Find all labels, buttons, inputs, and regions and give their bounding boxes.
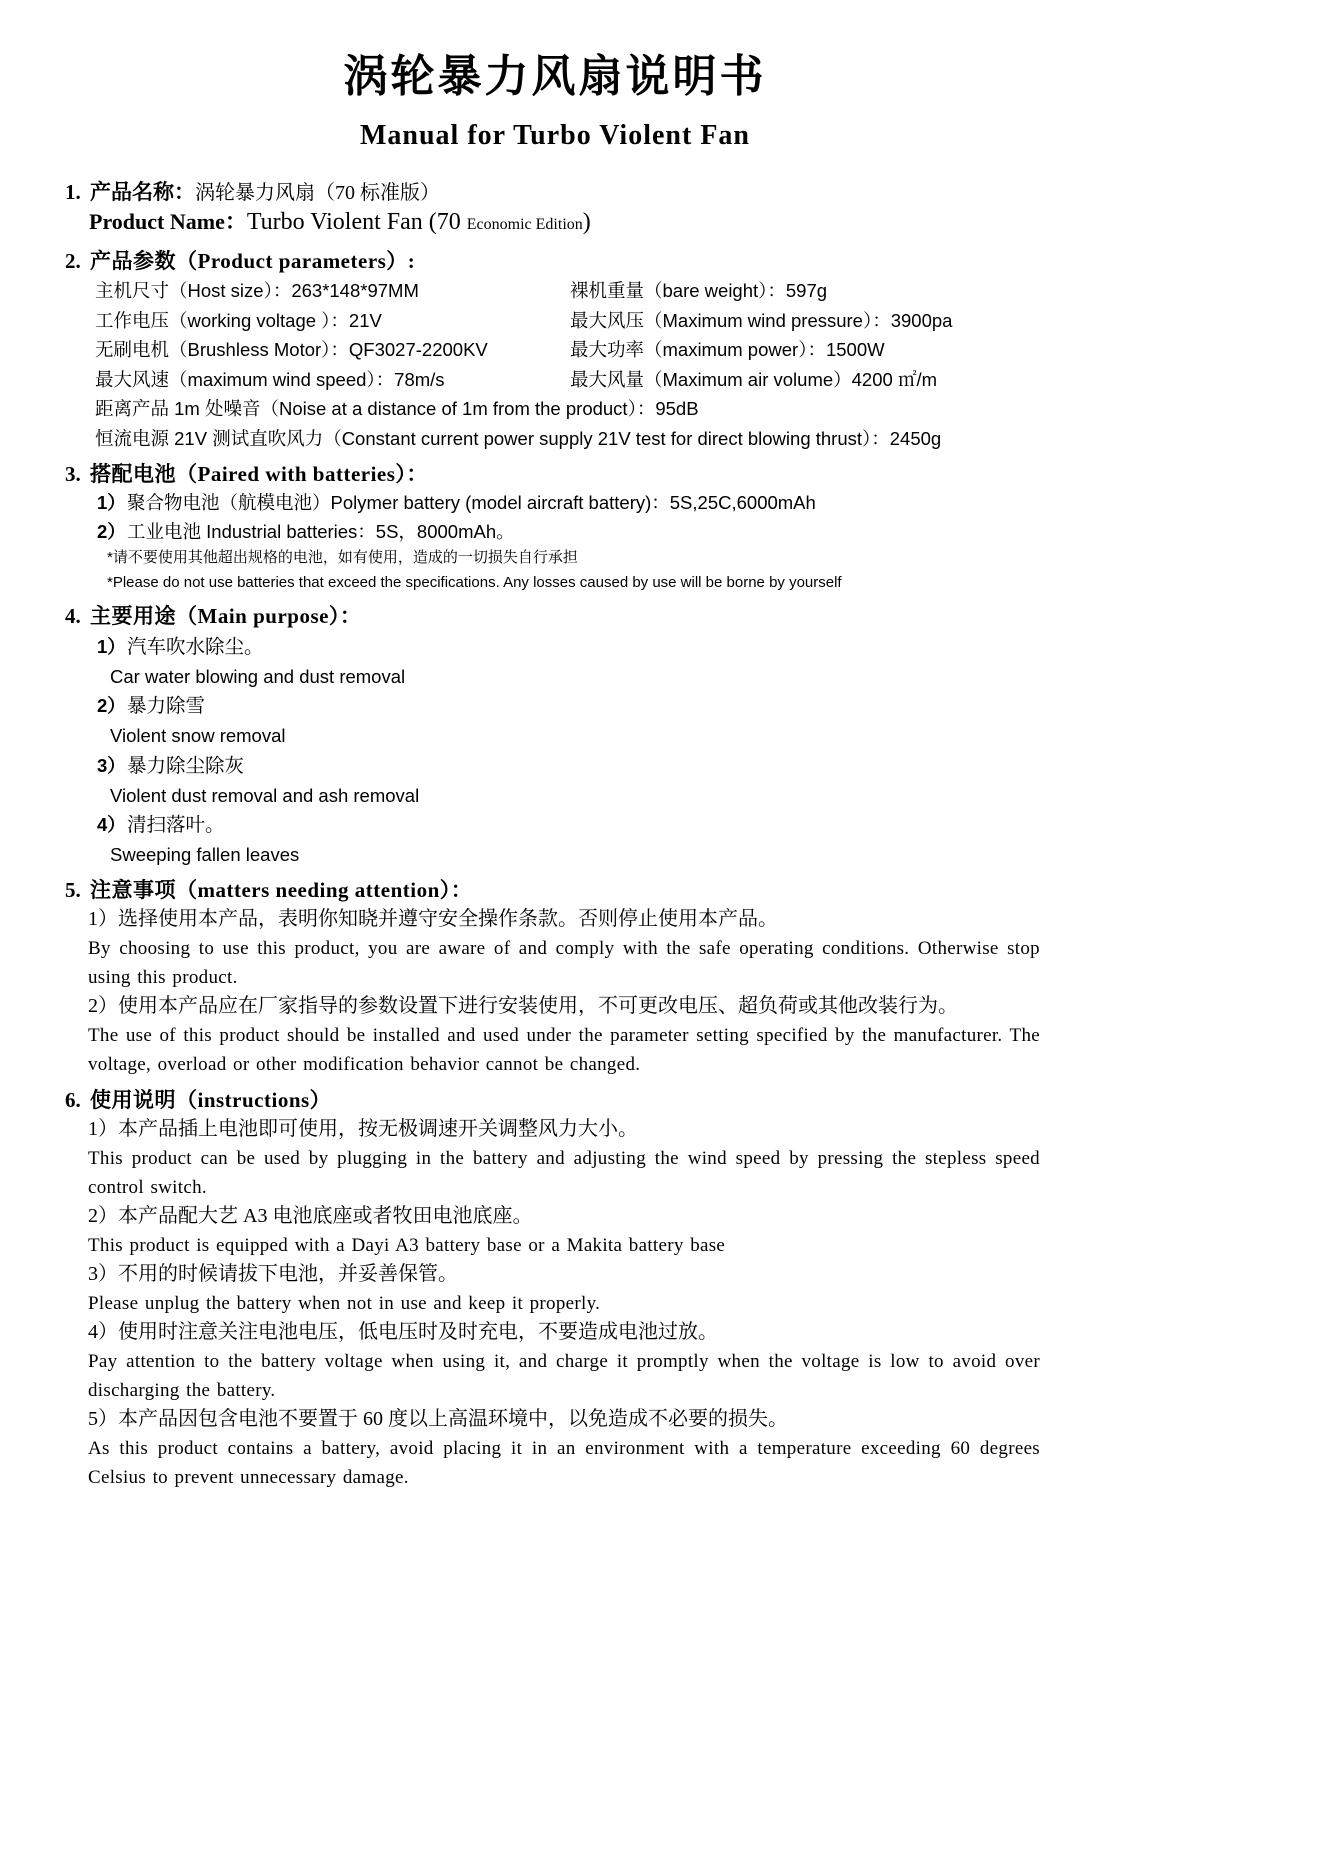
page-subtitle: Manual for Turbo Violent Fan — [0, 120, 1110, 152]
instruction-item-zh: 4）使用时注意关注电池电压，低电压时及时充电，不要造成电池过放。 — [88, 1318, 1110, 1347]
battery-note-zh: *请不要使用其他超出规格的电池，如有使用，造成的一切损失自行承担 — [107, 546, 1110, 571]
purpose-item-text-en: Sweeping fallen leaves — [110, 840, 1110, 869]
product-name-value-en: Turbo Violent Fan (70 — [247, 209, 467, 235]
param-max-air-volume: 最大风量（Maximum air volume）4200 ㎡/m — [570, 365, 937, 395]
purpose-item-text-zh: 暴力除尘除灰 — [127, 752, 244, 781]
section-1-text: 产品名称：涡轮暴力风扇（70 标准版） — [90, 178, 440, 207]
purpose-item-zh: 1） 汽车吹水除尘。 — [97, 632, 1110, 662]
section-2-heading-row: 2. 产品参数（Product parameters）: — [65, 246, 1110, 276]
section-5-heading: 注意事项（matters needing attention）： — [90, 875, 472, 905]
param-blowing-thrust: 恒流电源 21V 测试直吹风力（Constant current power s… — [95, 424, 1110, 454]
instruction-item-zh: 5）本产品因包含电池不要置于 60 度以上高温环境中，以免造成不必要的损失。 — [88, 1405, 1110, 1434]
purpose-item-number: 1） — [97, 632, 127, 661]
product-name-edition: Economic Edition — [467, 216, 583, 233]
section-6-heading: 使用说明（instructions） — [90, 1085, 331, 1115]
section-3-heading-row: 3. 搭配电池（Paired with batteries）： — [65, 459, 1110, 489]
purpose-item-number: 2） — [97, 691, 127, 720]
product-name-label-en: Product Name： — [89, 209, 247, 234]
purpose-item-zh: 4） 清扫落叶。 — [97, 810, 1110, 840]
section-5-number: 5. — [65, 875, 90, 905]
param-row: 主机尺寸（Host size）：263*148*97MM 裸机重量（bare w… — [95, 276, 1110, 306]
attention-item-zh: 2）使用本产品应在厂家指导的参数设置下进行安装使用，不可更改电压、超负荷或其他改… — [88, 992, 1110, 1021]
manual-page: 涡轮暴力风扇说明书 Manual for Turbo Violent Fan 1… — [0, 0, 1323, 1871]
purpose-item-number: 3） — [97, 751, 127, 780]
attention-item-en: By choosing to use this product, you are… — [88, 934, 1040, 992]
param-bare-weight: 裸机重量（bare weight）：597g — [570, 276, 827, 306]
battery-item-number: 2） — [97, 518, 127, 547]
purpose-item-zh: 3） 暴力除尘除灰 — [97, 751, 1110, 781]
instruction-item-zh: 1）本产品插上电池即可使用，按无极调速开关调整风力大小。 — [88, 1115, 1110, 1144]
section-6-heading-row: 6. 使用说明（instructions） — [65, 1085, 1110, 1115]
section-6-number: 6. — [65, 1085, 90, 1115]
param-working-voltage: 工作电压（working voltage ）：21V — [95, 306, 570, 336]
section-1-number: 1. — [65, 178, 90, 206]
battery-item: 1） 聚合物电池（航模电池）Polymer battery (model air… — [97, 489, 1110, 518]
section-2-number: 2. — [65, 246, 90, 276]
instruction-item-en: Pay attention to the battery voltage whe… — [88, 1347, 1040, 1405]
param-max-power: 最大功率（maximum power）：1500W — [570, 335, 885, 365]
param-row: 无刷电机（Brushless Motor）：QF3027-2200KV 最大功率… — [95, 335, 1110, 365]
purpose-item-text-en: Violent dust removal and ash removal — [110, 781, 1110, 810]
purpose-item-number: 4） — [97, 810, 127, 839]
instruction-item-en: Please unplug the battery when not in us… — [88, 1289, 1040, 1318]
battery-item: 2） 工业电池 Industrial batteries：5S，8000mAh。 — [97, 518, 1110, 547]
section-4-number: 4. — [65, 601, 90, 631]
param-brushless-motor: 无刷电机（Brushless Motor）：QF3027-2200KV — [95, 335, 570, 365]
page-title: 涡轮暴力风扇说明书 — [0, 40, 1110, 104]
purpose-item-text-en: Car water blowing and dust removal — [110, 662, 1110, 691]
param-max-wind-pressure: 最大风压（Maximum wind pressure）：3900pa — [570, 306, 952, 336]
instruction-item-en: This product is equipped with a Dayi A3 … — [88, 1231, 1040, 1260]
battery-note-en: *Please do not use batteries that exceed… — [107, 571, 1110, 596]
section-5-heading-row: 5. 注意事项（matters needing attention）： — [65, 875, 1110, 905]
purpose-item-text-zh: 清扫落叶。 — [127, 811, 225, 840]
param-host-size: 主机尺寸（Host size）：263*148*97MM — [95, 276, 570, 306]
section-3-heading: 搭配电池（Paired with batteries）： — [90, 459, 428, 489]
section-1-line-en: Product Name：Turbo Violent Fan (70 Econo… — [89, 207, 1110, 240]
purpose-item-text-en: Violent snow removal — [110, 721, 1110, 750]
param-max-wind-speed: 最大风速（maximum wind speed）：78m/s — [95, 365, 570, 395]
instruction-item-en: This product can be used by plugging in … — [88, 1144, 1040, 1202]
product-name-paren: ) — [583, 209, 591, 235]
section-4-heading: 主要用途（Main purpose）： — [90, 601, 361, 631]
instruction-item-zh: 3）不用的时候请拔下电池，并妥善保管。 — [88, 1260, 1110, 1289]
param-row: 最大风速（maximum wind speed）：78m/s 最大风量（Maxi… — [95, 365, 1110, 395]
section-3-number: 3. — [65, 459, 90, 489]
battery-item-number: 1） — [97, 489, 127, 518]
purpose-item-text-zh: 暴力除雪 — [127, 692, 205, 721]
param-row: 工作电压（working voltage ）：21V 最大风压（Maximum … — [95, 306, 1110, 336]
section-4-heading-row: 4. 主要用途（Main purpose）： — [65, 601, 1110, 631]
purpose-item-text-zh: 汽车吹水除尘。 — [127, 633, 264, 662]
product-name-value-zh: 涡轮暴力风扇（70 标准版） — [195, 182, 440, 204]
instruction-item-zh: 2）本产品配大艺 A3 电池底座或者牧田电池底座。 — [88, 1202, 1110, 1231]
section-1-line-zh: 1. 产品名称：涡轮暴力风扇（70 标准版） — [65, 178, 1110, 207]
section-2-heading: 产品参数（Product parameters）: — [90, 246, 415, 276]
purpose-item-zh: 2） 暴力除雪 — [97, 691, 1110, 721]
attention-item-en: The use of this product should be instal… — [88, 1021, 1040, 1079]
battery-item-text: 聚合物电池（航模电池）Polymer battery (model aircra… — [127, 489, 816, 518]
product-name-label-zh: 产品名称： — [90, 180, 195, 204]
instruction-item-en: As this product contains a battery, avoi… — [88, 1434, 1040, 1492]
param-noise: 距离产品 1m 处噪音（Noise at a distance of 1m fr… — [95, 394, 1110, 424]
attention-item-zh: 1）选择使用本产品，表明你知晓并遵守安全操作条款。否则停止使用本产品。 — [88, 905, 1110, 934]
manual-content: 涡轮暴力风扇说明书 Manual for Turbo Violent Fan 1… — [0, 0, 1110, 1492]
battery-item-text: 工业电池 Industrial batteries：5S，8000mAh。 — [127, 518, 515, 547]
